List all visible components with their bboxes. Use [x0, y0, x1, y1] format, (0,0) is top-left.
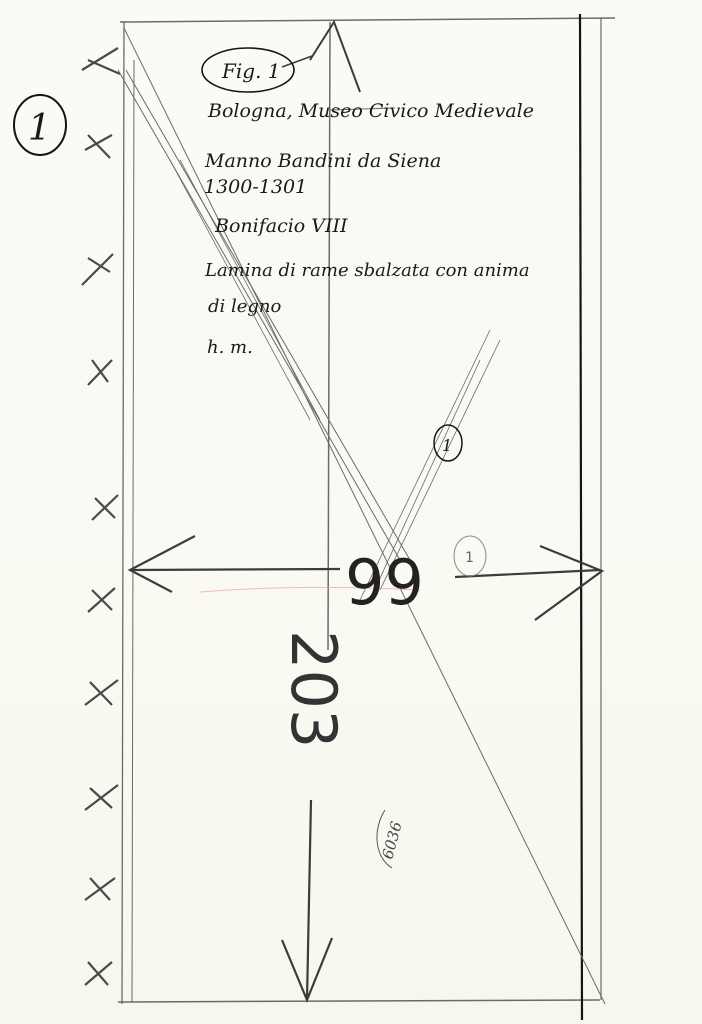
archival-sheet: 1 Fig. 1 Bologna, Museo Civico Medievale… [0, 0, 702, 1024]
inner-marker: 1 [442, 436, 452, 455]
figure-label: Fig. 1 [221, 59, 281, 83]
diagonal-sketch-lines [118, 28, 605, 1004]
inventory-number: 6036 [378, 819, 405, 861]
note-location: Bologna, Museo Civico Medievale [207, 100, 534, 122]
width-dimension: 99 [345, 546, 424, 619]
note-subject: Bonifacio VIII [214, 215, 348, 237]
note-hm: h. m. [207, 337, 253, 358]
note-artist: Manno Bandini da Siena [204, 150, 441, 172]
height-arrow-top [282, 22, 360, 92]
sheet-number: 1 [28, 108, 51, 149]
note-material: Lamina di rame sbalzata con anima [204, 260, 530, 281]
height-dimension: 203 [277, 630, 350, 748]
drawing-canvas: 1 Fig. 1 Bologna, Museo Civico Medievale… [0, 0, 702, 1024]
margin-marks [82, 48, 120, 985]
width-note: 1 [465, 550, 474, 566]
note-material-cont: di legno [208, 296, 282, 317]
note-date: 1300-1301 [204, 176, 307, 198]
height-arrow-bottom [282, 800, 332, 1000]
